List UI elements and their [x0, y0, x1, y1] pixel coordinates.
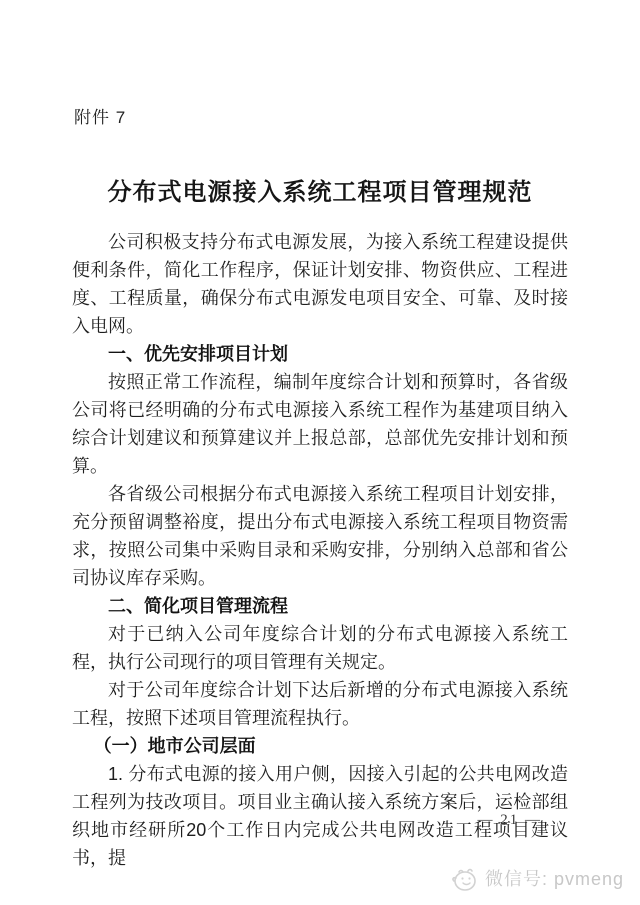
paragraph: 对于公司年度综合计划下达后新增的分布式电源接入系统工程，按照下述项目管理流程执行…: [72, 676, 568, 732]
paragraph: 按照正常工作流程，编制年度综合计划和预算时，各省级公司将已经明确的分布式电源接入…: [72, 368, 568, 480]
document-body: 公司积极支持分布式电源发展，为接入系统工程建设提供便利条件，简化工作程序，保证计…: [72, 228, 568, 872]
paragraph: 对于已纳入公司年度综合计划的分布式电源接入系统工程，执行公司现行的项目管理有关规…: [72, 620, 568, 676]
section-heading: 二、简化项目管理流程: [72, 592, 568, 620]
watermark: 微信号: pvmeng: [449, 865, 624, 893]
attachment-label: 附件 7: [74, 106, 126, 130]
mascot-face-icon: [449, 865, 479, 893]
page-number: — 21 —: [478, 812, 543, 829]
watermark-text: 微信号: pvmeng: [485, 865, 624, 893]
document-page: 附件 7 分布式电源接入系统工程项目管理规范 公司积极支持分布式电源发展，为接入…: [0, 0, 640, 905]
section-heading: 一、优先安排项目计划: [72, 340, 568, 368]
paragraph: 公司积极支持分布式电源发展，为接入系统工程建设提供便利条件，简化工作程序，保证计…: [72, 228, 568, 340]
paragraph: 各省级公司根据分布式电源接入系统工程项目计划安排，充分预留调整裕度，提出分布式电…: [72, 480, 568, 592]
document-title: 分布式电源接入系统工程项目管理规范: [0, 176, 640, 210]
section-heading: （一）地市公司层面: [72, 732, 568, 760]
